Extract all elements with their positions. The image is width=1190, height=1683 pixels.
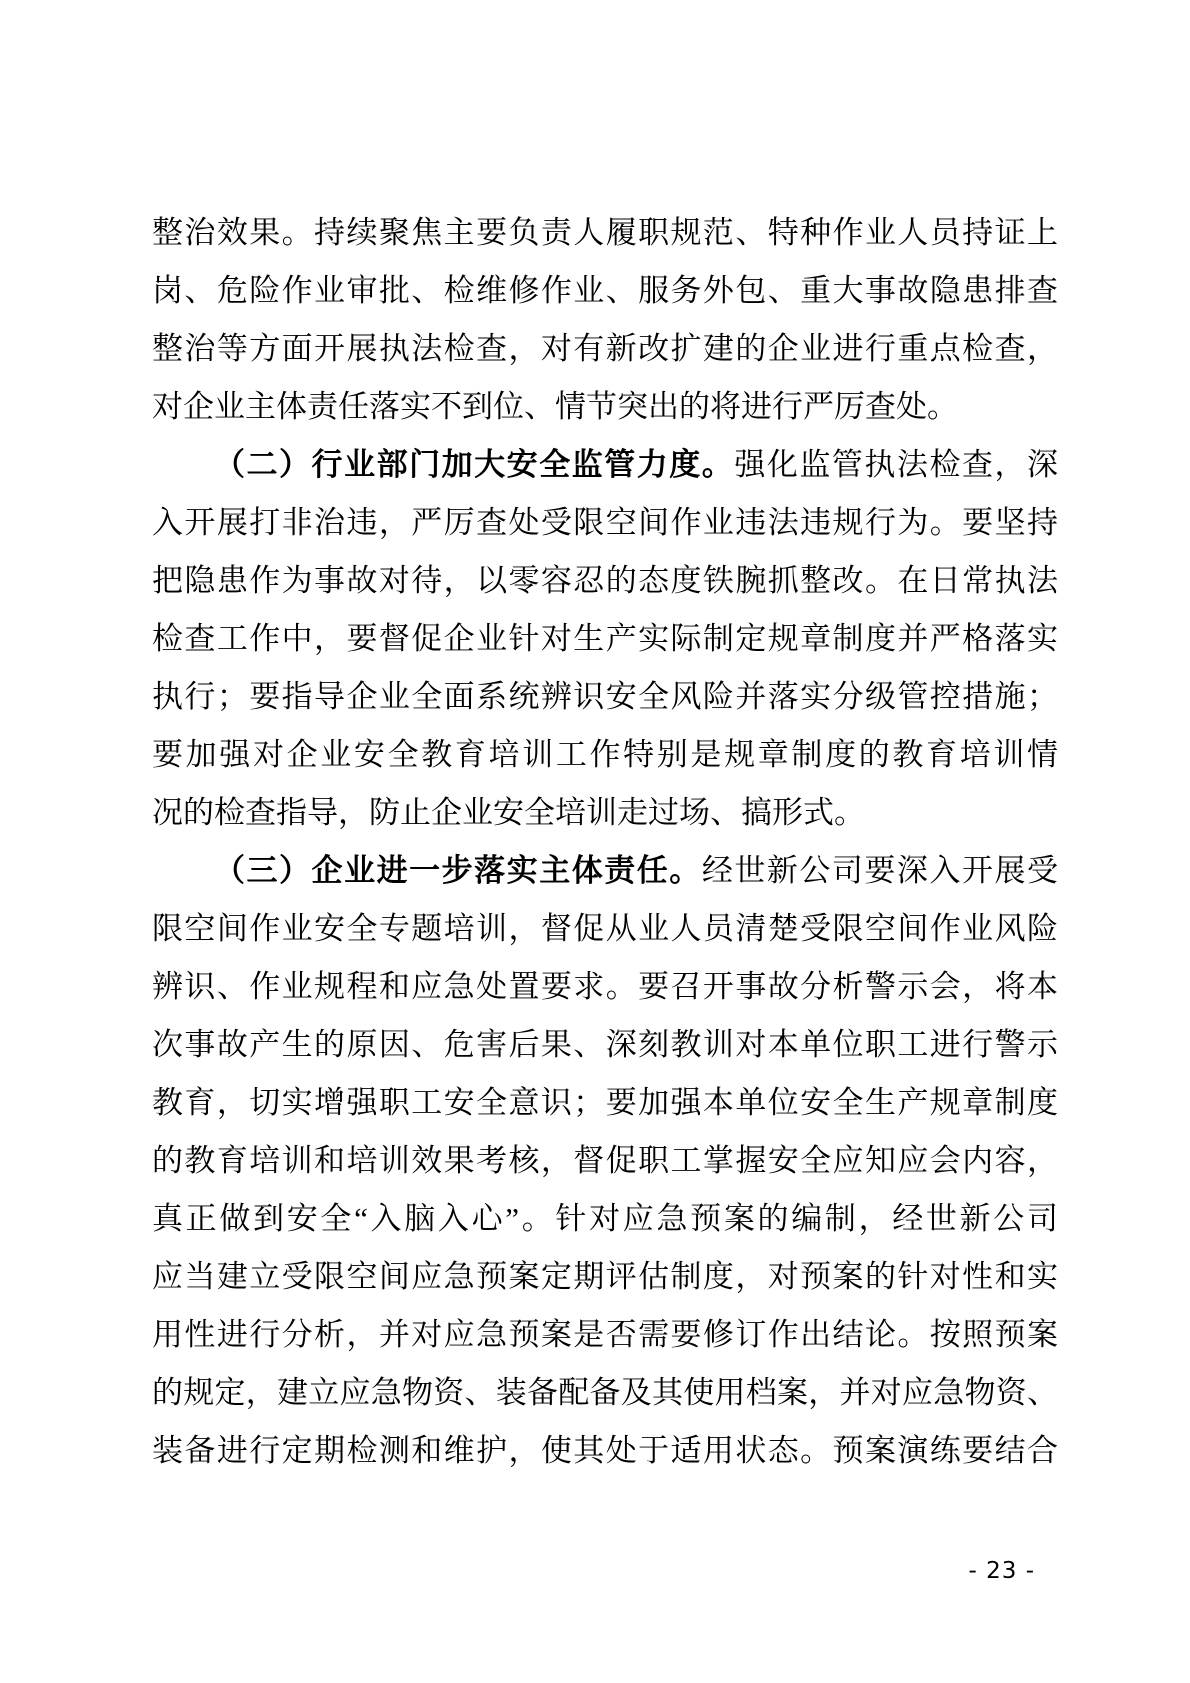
body-text-run: 整治效果。持续聚焦主要负责人履职规范、特种作业人员持证上 [152, 215, 1058, 250]
body-text-run: 的教育培训和培训效果考核，督促职工掌握安全应知应会内容， [152, 1143, 1058, 1178]
text-line: 对企业主体责任落实不到位、情节突出的将进行严厉查处。 [152, 378, 1058, 436]
document-page: 整治效果。持续聚焦主要负责人履职规范、特种作业人员持证上岗、危险作业审批、检维修… [0, 0, 1190, 1683]
text-line: 装备进行定期检测和维护，使其处于适用状态。预案演练要结合 [152, 1422, 1058, 1480]
text-block: 整治效果。持续聚焦主要负责人履职规范、特种作业人员持证上岗、危险作业审批、检维修… [152, 204, 1058, 1480]
body-text-run: 用性进行分析，并对应急预案是否需要修订作出结论。按照预案 [152, 1317, 1058, 1352]
body-text-run: 岗、危险作业审批、检维修作业、服务外包、重大事故隐患排查 [152, 273, 1058, 308]
body-text-run: 强化监管执法检查，深 [734, 447, 1058, 482]
text-line: 辨识、作业规程和应急处置要求。要召开事故分析警示会，将本 [152, 958, 1058, 1016]
body-text-run: 的规定，建立应急物资、装备配备及其使用档案，并对应急物资、 [152, 1375, 1058, 1410]
text-line: 真正做到安全“入脑入心”。针对应急预案的编制，经世新公司 [152, 1190, 1058, 1248]
text-line: 的教育培训和培训效果考核，督促职工掌握安全应知应会内容， [152, 1132, 1058, 1190]
text-line: （二）行业部门加大安全监管力度。强化监管执法检查，深 [152, 436, 1058, 494]
text-line: 岗、危险作业审批、检维修作业、服务外包、重大事故隐患排查 [152, 262, 1058, 320]
page-number: - 23 - [969, 1558, 1036, 1584]
text-line: （三）企业进一步落实主体责任。经世新公司要深入开展受 [152, 842, 1058, 900]
text-line: 况的检查指导，防止企业安全培训走过场、搞形式。 [152, 784, 1058, 842]
body-text-run: 辨识、作业规程和应急处置要求。要召开事故分析警示会，将本 [152, 969, 1058, 1004]
body-text-run: 真正做到安全“入脑入心”。针对应急预案的编制，经世新公司 [152, 1201, 1058, 1236]
body-text-run: 对企业主体责任落实不到位、情节突出的将进行严厉查处。 [152, 389, 958, 424]
body-text-run: 执行；要指导企业全面系统辨识安全风险并落实分级管控措施； [152, 679, 1058, 714]
text-line: 次事故产生的原因、危害后果、深刻教训对本单位职工进行警示 [152, 1016, 1058, 1074]
text-line: 应当建立受限空间应急预案定期评估制度，对预案的针对性和实 [152, 1248, 1058, 1306]
text-line: 整治等方面开展执法检查，对有新改扩建的企业进行重点检查， [152, 320, 1058, 378]
body-text-run: 整治等方面开展执法检查，对有新改扩建的企业进行重点检查， [152, 331, 1058, 366]
body-text-run: 应当建立受限空间应急预案定期评估制度，对预案的针对性和实 [152, 1259, 1058, 1294]
section-heading-run: （二）行业部门加大安全监管力度。 [214, 447, 734, 482]
body-text-run: 把隐患作为事故对待，以零容忍的态度铁腕抓整改。在日常执法 [152, 563, 1058, 598]
body-text-run: 检查工作中，要督促企业针对生产实际制定规章制度并严格落实 [152, 621, 1058, 656]
text-line: 要加强对企业安全教育培训工作特别是规章制度的教育培训情 [152, 726, 1058, 784]
body-text-run: 入开展打非治违，严厉查处受限空间作业违法违规行为。要坚持 [152, 505, 1058, 540]
text-line: 限空间作业安全专题培训，督促从业人员清楚受限空间作业风险 [152, 900, 1058, 958]
text-line: 检查工作中，要督促企业针对生产实际制定规章制度并严格落实 [152, 610, 1058, 668]
body-text-run: 次事故产生的原因、危害后果、深刻教训对本单位职工进行警示 [152, 1027, 1058, 1062]
text-line: 入开展打非治违，严厉查处受限空间作业违法违规行为。要坚持 [152, 494, 1058, 552]
body-text-run: 要加强对企业安全教育培训工作特别是规章制度的教育培训情 [152, 737, 1058, 772]
text-line: 教育，切实增强职工安全意识；要加强本单位安全生产规章制度 [152, 1074, 1058, 1132]
text-line: 用性进行分析，并对应急预案是否需要修订作出结论。按照预案 [152, 1306, 1058, 1364]
text-line: 执行；要指导企业全面系统辨识安全风险并落实分级管控措施； [152, 668, 1058, 726]
body-text-run: 经世新公司要深入开展受 [702, 853, 1058, 888]
body-text-run: 装备进行定期检测和维护，使其处于适用状态。预案演练要结合 [152, 1433, 1058, 1468]
body-text-run: 况的检查指导，防止企业安全培训走过场、搞形式。 [152, 795, 865, 830]
text-line: 整治效果。持续聚焦主要负责人履职规范、特种作业人员持证上 [152, 204, 1058, 262]
text-line: 的规定，建立应急物资、装备配备及其使用档案，并对应急物资、 [152, 1364, 1058, 1422]
body-text-run: 限空间作业安全专题培训，督促从业人员清楚受限空间作业风险 [152, 911, 1058, 946]
text-line: 把隐患作为事故对待，以零容忍的态度铁腕抓整改。在日常执法 [152, 552, 1058, 610]
body-text-run: 教育，切实增强职工安全意识；要加强本单位安全生产规章制度 [152, 1085, 1058, 1120]
section-heading-run: （三）企业进一步落实主体责任。 [214, 853, 702, 888]
